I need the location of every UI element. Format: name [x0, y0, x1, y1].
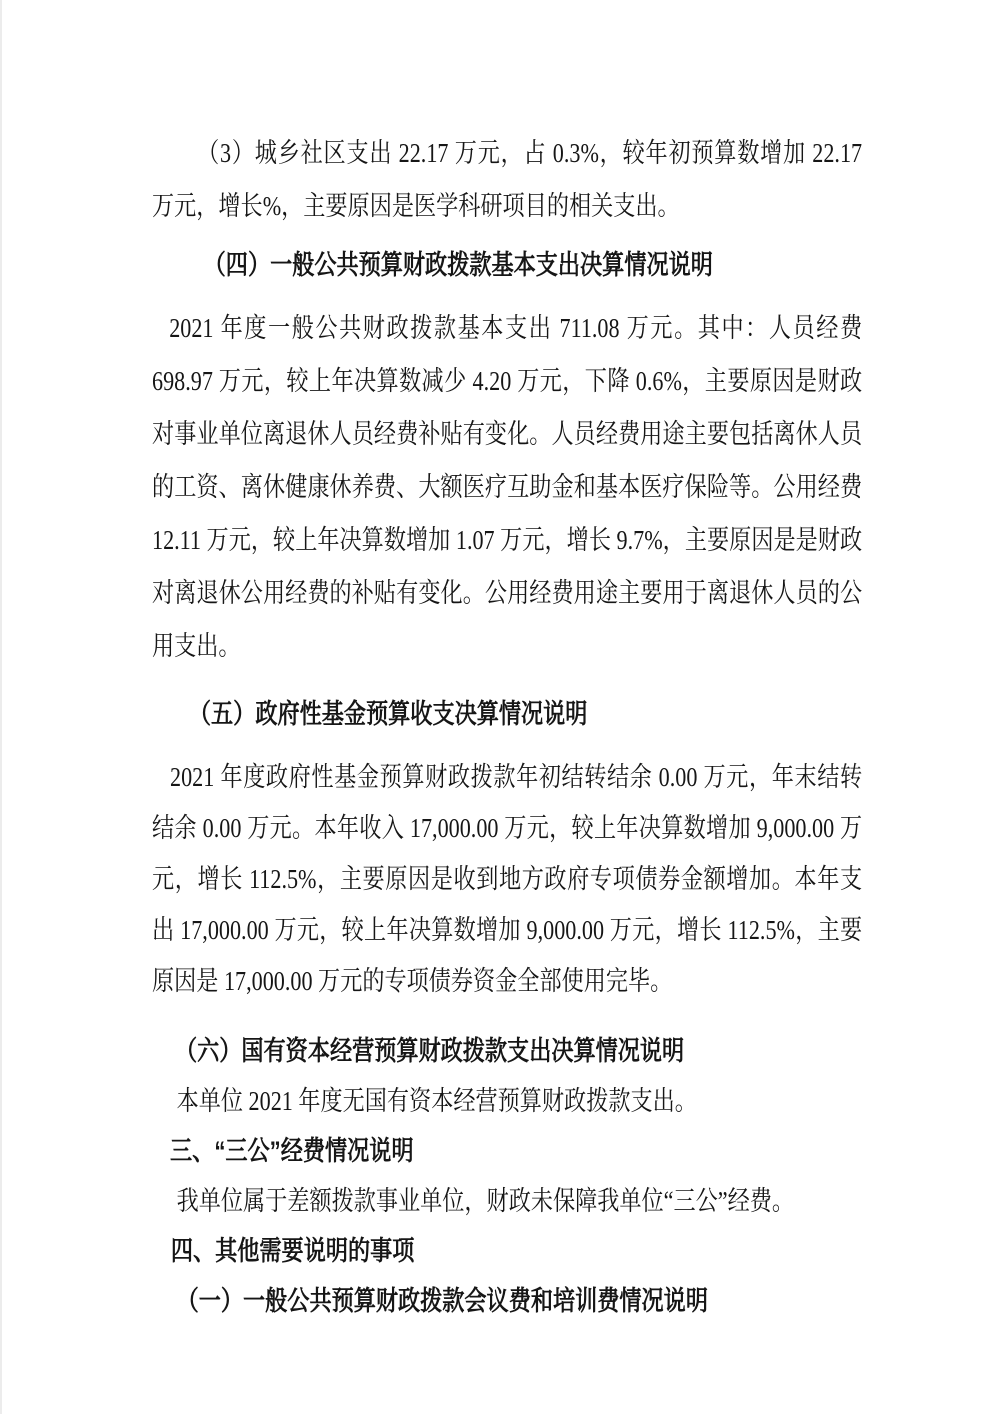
paragraph-basic-expenditure-detail: 2021 年度一般公共财政拨款基本支出 711.08 万元。其中：人员经费 69… [152, 302, 862, 673]
text-column: （3）城乡社区支出 22.17 万元，占 0.3%，较年初预算数增加 22.17… [152, 127, 862, 1326]
heading-sec6-state-capital-operation-budget: （六）国有资本经营预算财政拨款支出决算情况说明 [152, 1026, 862, 1076]
paragraph-state-capital-note: 本单位 2021 年度无国有资本经营预算财政拨款支出。 [152, 1076, 862, 1126]
heading-sec1-meeting-and-training-fees: （一）一般公共预算财政拨款会议费和培训费情况说明 [152, 1276, 862, 1326]
heading-other-matters: 四、其他需要说明的事项 [152, 1226, 862, 1276]
heading-three-public-funds: 三、“三公”经费情况说明 [152, 1126, 862, 1176]
paragraph-three-public-funds-note: 我单位属于差额拨款事业单位，财政未保障我单位“三公”经费。 [152, 1176, 862, 1226]
paragraph-government-fund-detail: 2021 年度政府性基金预算财政拨款年初结转结余 0.00 万元，年末结转结余 … [152, 752, 862, 1007]
heading-sec4-general-budget-basic-expenditure: （四）一般公共预算财政拨款基本支出决算情况说明 [152, 239, 862, 292]
heading-sec5-government-fund-budget: （五）政府性基金预算收支决算情况说明 [152, 688, 862, 741]
page-content: （3）城乡社区支出 22.17 万元，占 0.3%，较年初预算数增加 22.17… [2, 0, 1000, 1326]
document-page: { "page": { "background_color": "#ffffff… [0, 0, 1000, 1414]
paragraph-item3-urban-rural-community-expense: （3）城乡社区支出 22.17 万元，占 0.3%，较年初预算数增加 22.17… [152, 127, 862, 233]
